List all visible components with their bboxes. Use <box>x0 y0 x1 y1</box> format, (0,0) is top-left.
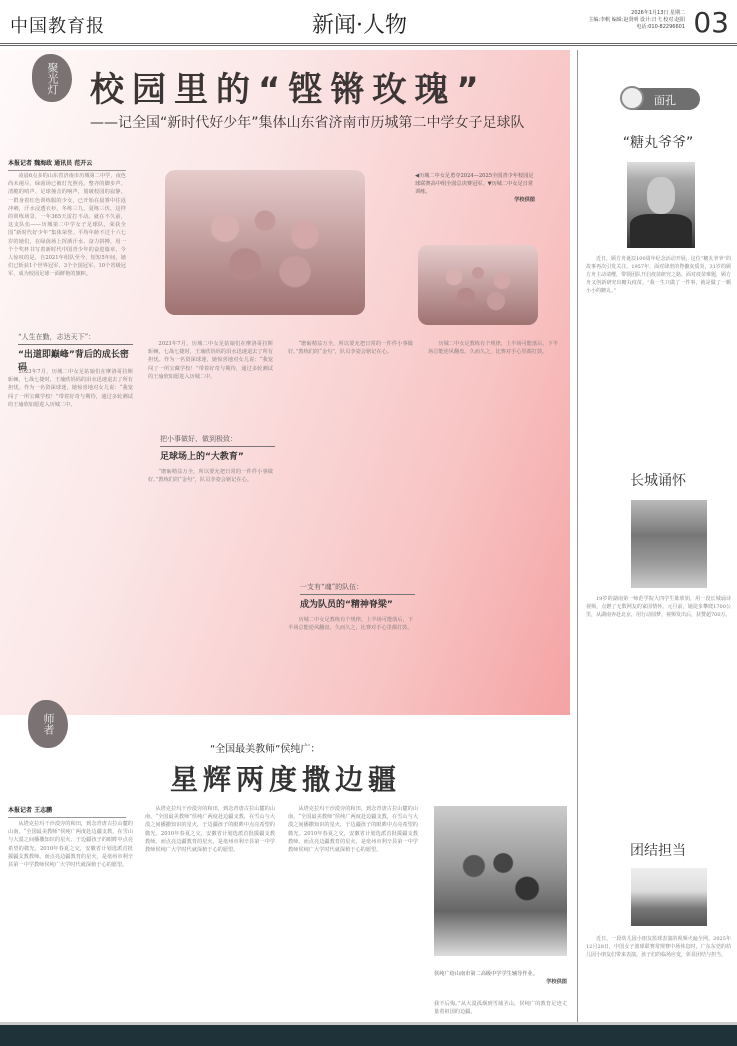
training-photo <box>418 245 538 325</box>
teacher-photo <box>434 806 567 956</box>
section-title: 新闻·人物 <box>312 8 407 39</box>
teacher-text-col-2: 从塔克拉玛干沙漠旁的和田，到念青唐古拉山麓的山南，“全国最美教师”侯纯广两度赴边… <box>145 805 275 1018</box>
basketball-photo <box>631 868 707 926</box>
feature-headline: 校园里的“铿锵玫瑰” <box>90 62 487 111</box>
feature-byline: 本报记者 魏海政 通讯员 范开云 <box>8 158 126 171</box>
sidebar-title-3: 团结担当 <box>578 840 737 860</box>
sidebar-title-2: 长城诵怀 <box>578 470 737 490</box>
editor-credits: 主编:李帆 编辑:赵贤明 设计:日弋 校对:赵阳 <box>588 17 685 24</box>
sidebar-title-1: “糖丸爷爷” <box>578 132 737 152</box>
feature-intro-text: 凌晨6点多的山东省济南市历城第二中学，夜色尚未褪尽，绿茵场已被灯光照亮。整齐的脚… <box>8 172 126 320</box>
issue-meta: 2026年1月13日 星期二 主编:李帆 编辑:赵贤明 设计:日弋 校对:赵阳 … <box>588 10 685 31</box>
newspaper-logo: 中国教育报 <box>10 12 105 38</box>
section-text-2: “磨砺精益万全，所以要允把日常的一件件小事做好。”教练们的“金句”，队员李姿会铭… <box>148 468 273 708</box>
faces-badge: 面孔 <box>622 88 700 110</box>
portrait-photo <box>627 162 695 248</box>
sidebar-text-1: 近日，顾方舟诞辰100周年纪念活动开展，这位“糖丸爷爷”的故事再次引发关注。19… <box>586 255 731 430</box>
teacher-photo-credit: 学校供图 <box>434 978 567 986</box>
section-text-1-cont: 2023年7月，历城二中女足姑娘们在摩洛哥拉斯斩棘，七战七捷时，王瑜欣妈妈的泪水… <box>148 340 273 430</box>
section-heading-1: “人生在勤，志达天下”： “出道即巅峰”背后的成长密码 <box>18 332 133 373</box>
teacher-end-text: 我不后悔。”从大漠孤烟到雪域圣山，侯纯广的教育足迹丈量着祖国的边疆。 <box>434 1000 567 1020</box>
spotlight-stamp-icon: 聚光灯 <box>32 54 72 102</box>
viewer-bottom-bar <box>0 1022 737 1046</box>
feature-subhead: ——记全国“新时代好少年”集体山东省济南市历城第二中学女子足球队 <box>90 112 525 132</box>
teacher-text-col-1: 从塔克拉玛干沙漠旁的和田，到念青唐古拉山麓的山南，“全国最美教师”侯纯广两度赴边… <box>8 820 133 1018</box>
section-heading-3: 一支有“魂”的队伍： 成为队员的“精神脊梁” <box>300 582 415 610</box>
contact-phone: 电话:010-82296601 <box>588 24 685 31</box>
teacher-photo-caption: 侯纯广给山南市第二高级中学学生辅导作业。 学校供图 <box>434 970 567 986</box>
team-photo <box>165 170 365 315</box>
feature-photo-caption: ◀历城二中女足勇夺2024—2025全国青少年校园足球联赛高中组全国总决赛冠军。… <box>415 172 535 204</box>
teacher-headline: 星辉两度撒边疆 <box>170 758 401 798</box>
section-text-3: 历城二中女足教练有个规律，上半场可能落后，下半场总能逆风翻盘。久而久之，比赛对手… <box>288 616 413 708</box>
section-text-2-cont: “磨砺精益万全，所以要允把日常的一件件小事做好。”教练们的“金句”，队员李姿会铭… <box>288 340 413 580</box>
sidebar-text-2: 19岁的湖南第一师范学院大四学生陈欣钥，用一段长城诵诗视频，点燃了无数网友的家国… <box>586 595 731 785</box>
face-icon <box>620 86 644 110</box>
masthead: 中国教育报 新闻·人物 2026年1月13日 星期二 主编:李帆 编辑:赵贤明 … <box>0 0 737 46</box>
feature-article: 聚光灯 校园里的“铿锵玫瑰” ——记全国“新时代好少年”集体山东省济南市历城第二… <box>0 50 570 715</box>
section-text-3-cont: 历城二中女足教练有个规律，上半场可能落后，下半场总能逆风翻盘。久而久之，比赛对手… <box>428 340 558 708</box>
teacher-byline: 本报记者 王志鹏 <box>8 805 126 818</box>
section-heading-2: 把小事做好、做到极致： 足球场上的“大教育” <box>160 434 275 462</box>
faces-sidebar: 面孔 “糖丸爷爷” 近日，顾方舟诞辰100周年纪念活动开展，这位“糖丸爷爷”的故… <box>577 50 737 1025</box>
issue-date: 2026年1月13日 星期二 <box>588 10 685 17</box>
teacher-kicker: “全国最美教师”侯纯广： <box>210 740 320 755</box>
great-wall-photo <box>631 500 707 588</box>
section-text-1: 2023年7月，历城二中女足姑娘们在摩洛哥拉斯斩棘，七战七捷时，王瑜欣妈妈的泪水… <box>8 368 133 708</box>
feature-photo-credit: 学校供图 <box>415 196 535 204</box>
teacher-text-col-3: 从塔克拉玛干沙漠旁的和田，到念青唐古拉山麓的山南，“全国最美教师”侯纯广两度赴边… <box>288 805 418 1018</box>
teacher-stamp-icon: 师者 <box>28 700 68 748</box>
page-number: 03 <box>693 6 729 39</box>
sidebar-text-3: 近日，一段幼儿园小朋友篮球表演的视频火遍全网。2025年12月28日，中国女子篮… <box>586 935 731 1023</box>
